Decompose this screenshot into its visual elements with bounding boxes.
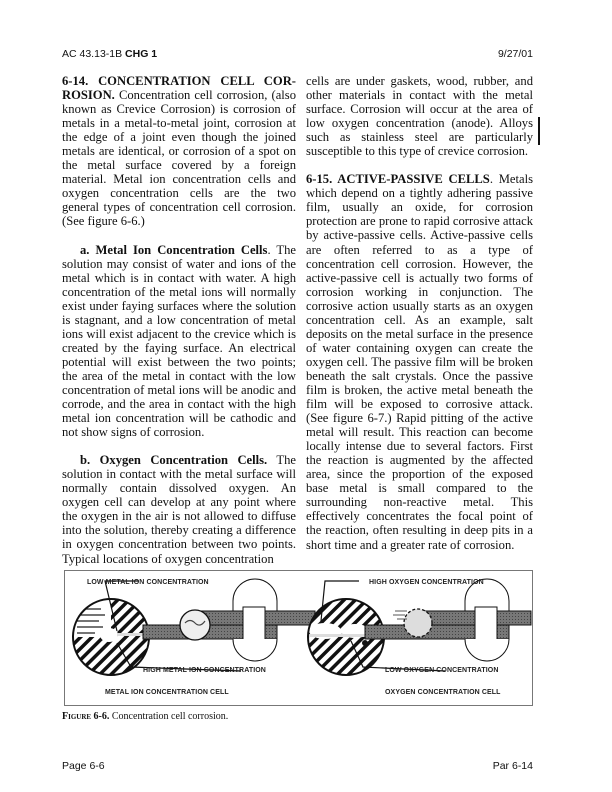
concentration-cell-diagram: [65, 571, 534, 707]
section-6-15-title: 6-15. ACTIVE-PASSIVE CELLS: [306, 172, 490, 186]
section-6-14-body: Concentration cell corrosion, (also know…: [62, 88, 296, 228]
running-header-left: AC 43.13-1B CHG 1: [62, 48, 157, 60]
section-6-15: 6-15. ACTIVE-PASSIVE CELLS. Metals which…: [306, 172, 533, 551]
caption-oxygen-cell: OXYGEN CONCENTRATION CELL: [385, 689, 501, 696]
right-column: cells are under gaskets, wood, rubber, a…: [306, 74, 533, 552]
section-6-15-body: . Metals which depend on a tightly adher…: [306, 172, 533, 551]
label-low-oxygen: LOW OXYGEN CONCENTRATION: [385, 667, 499, 674]
figure-6-6: LOW METAL ION CONCENTRATION HIGH METAL I…: [64, 570, 533, 706]
section-6-14: 6-14. CONCENTRATION CELL COR-ROSION. Con…: [62, 74, 296, 229]
label-low-metal-ion: LOW METAL ION CONCENTRATION: [87, 579, 209, 586]
figure-caption-text: Concentration cell corrosion.: [109, 711, 228, 722]
left-column: 6-14. CONCENTRATION CELL COR-ROSION. Con…: [62, 74, 296, 566]
metal-ion-joint-cross-section: [143, 579, 315, 661]
subsection-b: b. Oxygen Concentration Cells. The solut…: [62, 453, 296, 565]
doc-id: AC 43.13-1B: [62, 48, 122, 60]
label-high-metal-ion: HIGH METAL ION CONCENTRATION: [143, 667, 266, 674]
change-bar: [538, 117, 540, 145]
label-high-oxygen: HIGH OXYGEN CONCENTRATION: [369, 579, 484, 586]
header-date: 9/27/01: [498, 48, 533, 60]
caption-metal-ion-cell: METAL ION CONCENTRATION CELL: [105, 689, 229, 696]
footer-page-number: Page 6-6: [62, 760, 105, 772]
subsection-b-body: The solution in contact with the metal s…: [62, 453, 296, 565]
oxygen-joint-cross-section: [365, 579, 531, 661]
figure-caption-head: Figure 6-6.: [62, 711, 109, 722]
footer-paragraph-ref: Par 6-14: [493, 760, 533, 772]
subsection-b-title: b. Oxygen Concentration Cells.: [80, 453, 267, 467]
subsection-a: a. Metal Ion Concentration Cells. The so…: [62, 243, 296, 440]
subsection-a-body: . The solution may consist of water and …: [62, 243, 296, 440]
figure-caption: Figure 6-6. Concentration cell corrosion…: [62, 711, 228, 722]
subsection-a-title: a. Metal Ion Concentration Cells: [80, 243, 267, 257]
continued-paragraph: cells are under gaskets, wood, rubber, a…: [306, 74, 533, 158]
change-number: CHG 1: [125, 48, 157, 60]
